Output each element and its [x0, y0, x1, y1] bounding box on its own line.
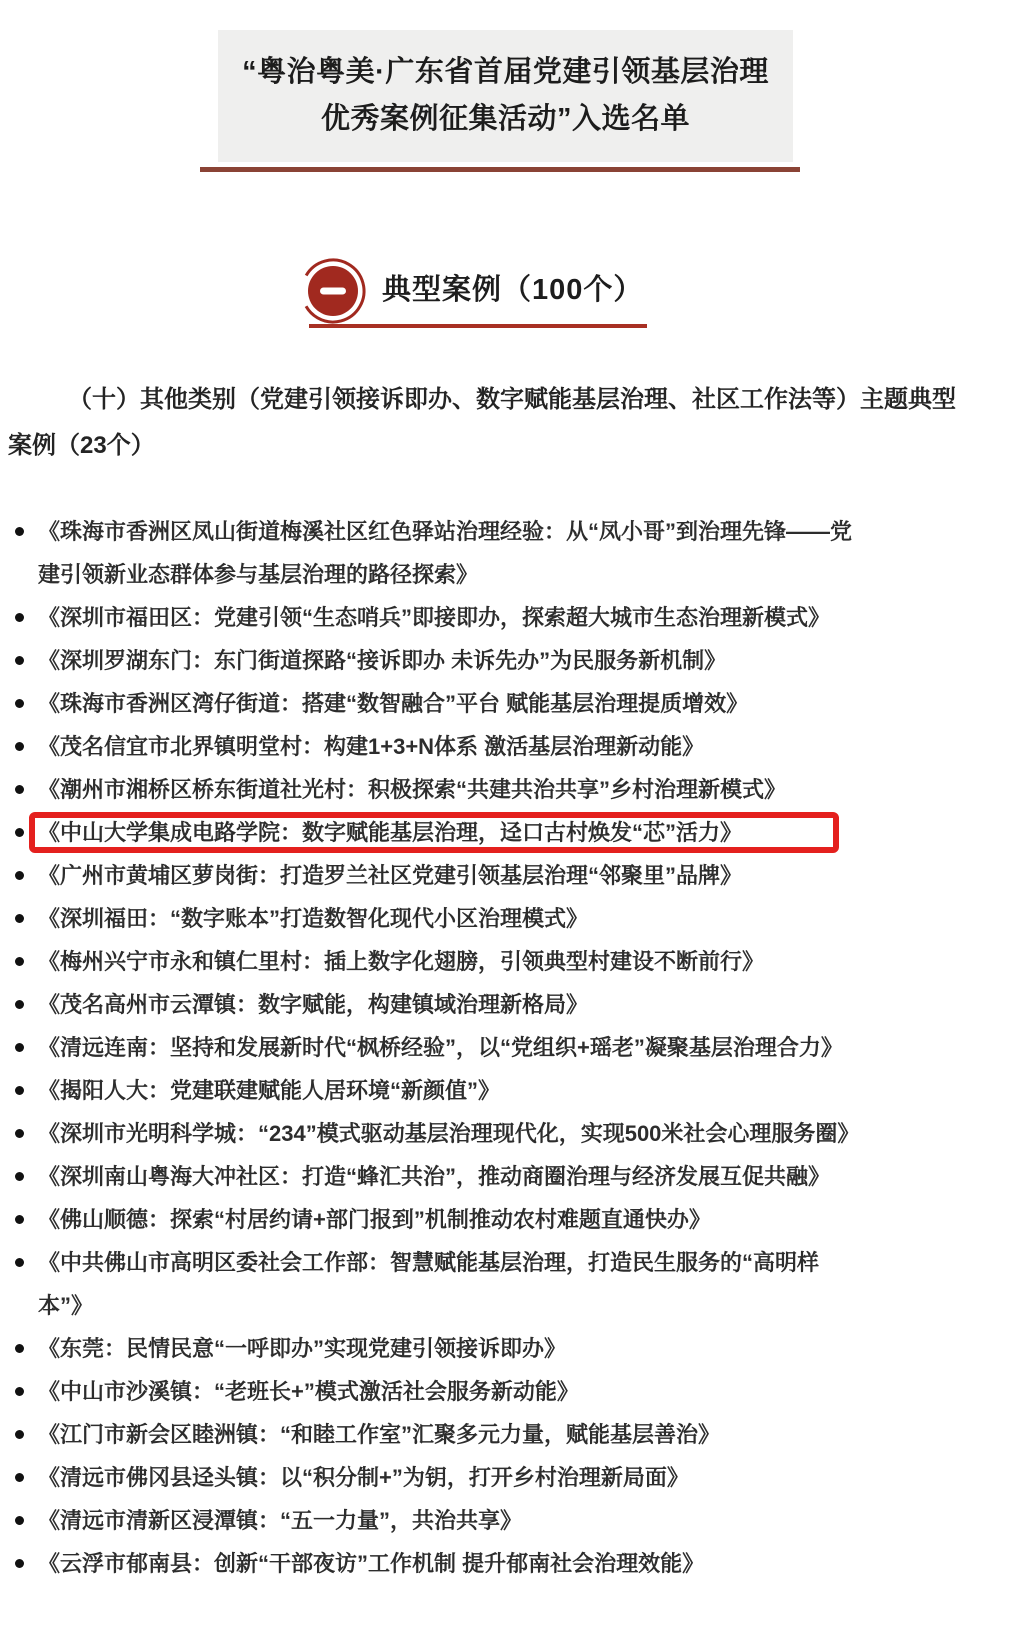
- bullet-icon: [15, 1473, 24, 1482]
- case-list: 《珠海市香洲区凤山街道梅溪社区红色驿站治理经验：从“凤小哥”到治理先锋——党建引…: [8, 510, 1008, 1585]
- bullet-icon: [15, 828, 24, 837]
- list-item: 《深圳市光明科学城：“234”模式驱动基层治理现代化，实现500米社会心理服务圈…: [8, 1112, 1008, 1155]
- bullet-icon: [15, 1172, 24, 1181]
- list-item: 《中山市沙溪镇：“老班长+”模式激活社会服务新动能》: [8, 1370, 1008, 1413]
- list-item: 《云浮市郁南县：创新“干部夜访”工作机制 提升郁南社会治理效能》: [8, 1542, 1008, 1585]
- case-title-line: 《茂名信宜市北界镇明堂村：构建1+3+N体系 激活基层治理新动能》: [38, 725, 1008, 768]
- case-title-line: 《广州市黄埔区萝岗街：打造罗兰社区党建引领基层治理“邻聚里”品牌》: [38, 854, 1008, 897]
- bullet-icon: [15, 1043, 24, 1052]
- case-title-line: 《茂名高州市云潭镇：数字赋能，构建镇域治理新格局》: [38, 983, 1008, 1026]
- title-line-2: 优秀案例征集活动”入选名单: [321, 96, 690, 143]
- case-title: 《东莞：民情民意“一呼即办”实现党建引领接诉即办》: [38, 1327, 1008, 1370]
- case-title: 《广州市黄埔区萝岗街：打造罗兰社区党建引领基层治理“邻聚里”品牌》: [38, 854, 1008, 897]
- case-title: 《清远连南：坚持和发展新时代“枫桥经验”，以“党组织+瑶老”凝聚基层治理合力》: [38, 1026, 1008, 1069]
- case-title: 《茂名信宜市北界镇明堂村：构建1+3+N体系 激活基层治理新动能》: [38, 725, 1008, 768]
- case-title: 《中共佛山市高明区委社会工作部：智慧赋能基层治理，打造民生服务的“高明样本”》: [38, 1241, 1008, 1327]
- case-title: 《深圳罗湖东门：东门街道探路“接诉即办 未诉先办”为民服务新机制》: [38, 639, 1008, 682]
- case-title: 《茂名高州市云潭镇：数字赋能，构建镇域治理新格局》: [38, 983, 1008, 1026]
- list-item: 《茂名信宜市北界镇明堂村：构建1+3+N体系 激活基层治理新动能》: [8, 725, 1008, 768]
- case-title: 《深圳南山粤海大冲社区：打造“蜂汇共治”，推动商圈治理与经济发展互促共融》: [38, 1155, 1008, 1198]
- list-item: 《深圳罗湖东门：东门街道探路“接诉即办 未诉先办”为民服务新机制》: [8, 639, 1008, 682]
- case-title: 《深圳市福田区：党建引领“生态哨兵”即接即办，探索超大城市生态治理新模式》: [38, 596, 1008, 639]
- case-title-line: 《深圳福田：“数字账本”打造数智化现代小区治理模式》: [38, 897, 1008, 940]
- case-title-line: 《中山市沙溪镇：“老班长+”模式激活社会服务新动能》: [38, 1370, 1008, 1413]
- case-title-line: 建引领新业态群体参与基层治理的路径探索》: [38, 553, 1008, 596]
- case-title: 《中山大学集成电路学院：数字赋能基层治理，迳口古村焕发“芯”活力》: [38, 811, 1008, 854]
- case-title-line: 《佛山顺德：探索“村居约请+部门报到”机制推动农村难题直通快办》: [38, 1198, 1008, 1241]
- list-item: 《中共佛山市高明区委社会工作部：智慧赋能基层治理，打造民生服务的“高明样本”》: [8, 1241, 1008, 1327]
- bullet-icon: [15, 914, 24, 923]
- case-title-line: 《潮州市湘桥区桥东街道社光村：积极探索“共建共治共享”乡村治理新模式》: [38, 768, 1008, 811]
- case-title: 《江门市新会区睦洲镇：“和睦工作室”汇聚多元力量，赋能基层善治》: [38, 1413, 1008, 1456]
- bullet-icon: [15, 871, 24, 880]
- bullet-icon: [15, 699, 24, 708]
- bullet-icon: [15, 785, 24, 794]
- case-title: 《清远市清新区浸潭镇：“五一力量”，共治共享》: [38, 1499, 1008, 1542]
- case-title-line: 《清远连南：坚持和发展新时代“枫桥经验”，以“党组织+瑶老”凝聚基层治理合力》: [38, 1026, 1008, 1069]
- case-title-line: 《深圳市福田区：党建引领“生态哨兵”即接即办，探索超大城市生态治理新模式》: [38, 596, 1008, 639]
- list-item: 《广州市黄埔区萝岗街：打造罗兰社区党建引领基层治理“邻聚里”品牌》: [8, 854, 1008, 897]
- section-title: 典型案例（100个）: [382, 270, 643, 310]
- case-title: 《清远市佛冈县迳头镇：以“积分制+”为钥，打开乡村治理新局面》: [38, 1456, 1008, 1499]
- case-title-line: 《清远市清新区浸潭镇：“五一力量”，共治共享》: [38, 1499, 1008, 1542]
- list-item: 《揭阳人大：党建联建赋能人居环境“新颜值”》: [8, 1069, 1008, 1112]
- page: “粤治粤美·广东省首届党建引领基层治理 优秀案例征集活动”入选名单 典型案例（1…: [0, 0, 1024, 1628]
- list-item: 《深圳南山粤海大冲社区：打造“蜂汇共治”，推动商圈治理与经济发展互促共融》: [8, 1155, 1008, 1198]
- case-title-line: 《深圳市光明科学城：“234”模式驱动基层治理现代化，实现500米社会心理服务圈…: [38, 1112, 1008, 1155]
- bullet-icon: [15, 656, 24, 665]
- case-title-line: 《清远市佛冈县迳头镇：以“积分制+”为钥，打开乡村治理新局面》: [38, 1456, 1008, 1499]
- bullet-icon: [15, 1387, 24, 1396]
- section-one-icon: [296, 252, 370, 328]
- list-item: 《深圳福田：“数字账本”打造数智化现代小区治理模式》: [8, 897, 1008, 940]
- title-underline: [200, 167, 800, 172]
- list-item: 《清远市佛冈县迳头镇：以“积分制+”为钥，打开乡村治理新局面》: [8, 1456, 1008, 1499]
- bullet-icon: [15, 1559, 24, 1568]
- case-title: 《中山市沙溪镇：“老班长+”模式激活社会服务新动能》: [38, 1370, 1008, 1413]
- case-title: 《云浮市郁南县：创新“干部夜访”工作机制 提升郁南社会治理效能》: [38, 1542, 1008, 1585]
- title-banner: “粤治粤美·广东省首届党建引领基层治理 优秀案例征集活动”入选名单: [218, 30, 793, 162]
- list-item: 《深圳市福田区：党建引领“生态哨兵”即接即办，探索超大城市生态治理新模式》: [8, 596, 1008, 639]
- icon-one-dash: [320, 288, 346, 295]
- bullet-icon: [15, 1129, 24, 1138]
- bullet-icon: [15, 1516, 24, 1525]
- subsection-line-1: （十）其他类别（党建引领接诉即办、数字赋能基层治理、社区工作法等）主题典型: [8, 377, 1008, 423]
- case-title: 《佛山顺德：探索“村居约请+部门报到”机制推动农村难题直通快办》: [38, 1198, 1008, 1241]
- case-title-line: 《珠海市香洲区湾仔街道：搭建“数智融合”平台 赋能基层治理提质增效》: [38, 682, 1008, 725]
- case-title: 《珠海市香洲区湾仔街道：搭建“数智融合”平台 赋能基层治理提质增效》: [38, 682, 1008, 725]
- case-title-line: 《中山大学集成电路学院：数字赋能基层治理，迳口古村焕发“芯”活力》: [38, 811, 1008, 854]
- case-title-line: 《揭阳人大：党建联建赋能人居环境“新颜值”》: [38, 1069, 1008, 1112]
- case-title: 《梅州兴宁市永和镇仁里村：插上数字化翅膀，引领典型村建设不断前行》: [38, 940, 1008, 983]
- case-title-line: 《江门市新会区睦洲镇：“和睦工作室”汇聚多元力量，赋能基层善治》: [38, 1413, 1008, 1456]
- bullet-icon: [15, 1344, 24, 1353]
- case-title: 《潮州市湘桥区桥东街道社光村：积极探索“共建共治共享”乡村治理新模式》: [38, 768, 1008, 811]
- list-item: 《清远连南：坚持和发展新时代“枫桥经验”，以“党组织+瑶老”凝聚基层治理合力》: [8, 1026, 1008, 1069]
- bullet-icon: [15, 1258, 24, 1267]
- list-item: 《梅州兴宁市永和镇仁里村：插上数字化翅膀，引领典型村建设不断前行》: [8, 940, 1008, 983]
- list-item: 《江门市新会区睦洲镇：“和睦工作室”汇聚多元力量，赋能基层善治》: [8, 1413, 1008, 1456]
- bullet-icon: [15, 1430, 24, 1439]
- case-title-line: 《深圳罗湖东门：东门街道探路“接诉即办 未诉先办”为民服务新机制》: [38, 639, 1008, 682]
- list-item: 《珠海市香洲区湾仔街道：搭建“数智融合”平台 赋能基层治理提质增效》: [8, 682, 1008, 725]
- list-item: 《珠海市香洲区凤山街道梅溪社区红色驿站治理经验：从“凤小哥”到治理先锋——党建引…: [8, 510, 1008, 596]
- list-item: 《茂名高州市云潭镇：数字赋能，构建镇域治理新格局》: [8, 983, 1008, 1026]
- bullet-icon: [15, 1000, 24, 1009]
- case-title: 《深圳福田：“数字账本”打造数智化现代小区治理模式》: [38, 897, 1008, 940]
- case-title: 《珠海市香洲区凤山街道梅溪社区红色驿站治理经验：从“凤小哥”到治理先锋——党建引…: [38, 510, 1008, 596]
- case-title: 《揭阳人大：党建联建赋能人居环境“新颜值”》: [38, 1069, 1008, 1112]
- bullet-icon: [15, 742, 24, 751]
- bullet-icon: [15, 1215, 24, 1224]
- case-title: 《深圳市光明科学城：“234”模式驱动基层治理现代化，实现500米社会心理服务圈…: [38, 1112, 1008, 1155]
- bullet-icon: [15, 613, 24, 622]
- case-title-line: 《云浮市郁南县：创新“干部夜访”工作机制 提升郁南社会治理效能》: [38, 1542, 1008, 1585]
- title-line-1: “粤治粤美·广东省首届党建引领基层治理: [242, 49, 769, 96]
- subsection-line-2: 案例（23个）: [8, 423, 1008, 469]
- case-title-line: 《东莞：民情民意“一呼即办”实现党建引领接诉即办》: [38, 1327, 1008, 1370]
- subsection-heading: （十）其他类别（党建引领接诉即办、数字赋能基层治理、社区工作法等）主题典型 案例…: [8, 377, 1008, 469]
- list-item: 《清远市清新区浸潭镇：“五一力量”，共治共享》: [8, 1499, 1008, 1542]
- list-item: 《东莞：民情民意“一呼即办”实现党建引领接诉即办》: [8, 1327, 1008, 1370]
- list-item: 《潮州市湘桥区桥东街道社光村：积极探索“共建共治共享”乡村治理新模式》: [8, 768, 1008, 811]
- section-underline: [309, 324, 647, 328]
- case-title-line: 《珠海市香洲区凤山街道梅溪社区红色驿站治理经验：从“凤小哥”到治理先锋——党: [38, 510, 1008, 553]
- case-title-line: 《深圳南山粤海大冲社区：打造“蜂汇共治”，推动商圈治理与经济发展互促共融》: [38, 1155, 1008, 1198]
- bullet-icon: [15, 957, 24, 966]
- list-item: 《中山大学集成电路学院：数字赋能基层治理，迳口古村焕发“芯”活力》: [8, 811, 1008, 854]
- bullet-icon: [15, 527, 24, 536]
- case-title-line: 《梅州兴宁市永和镇仁里村：插上数字化翅膀，引领典型村建设不断前行》: [38, 940, 1008, 983]
- list-item: 《佛山顺德：探索“村居约请+部门报到”机制推动农村难题直通快办》: [8, 1198, 1008, 1241]
- case-title-line: 本”》: [38, 1284, 1008, 1327]
- case-title-line: 《中共佛山市高明区委社会工作部：智慧赋能基层治理，打造民生服务的“高明样: [38, 1241, 1008, 1284]
- bullet-icon: [15, 1086, 24, 1095]
